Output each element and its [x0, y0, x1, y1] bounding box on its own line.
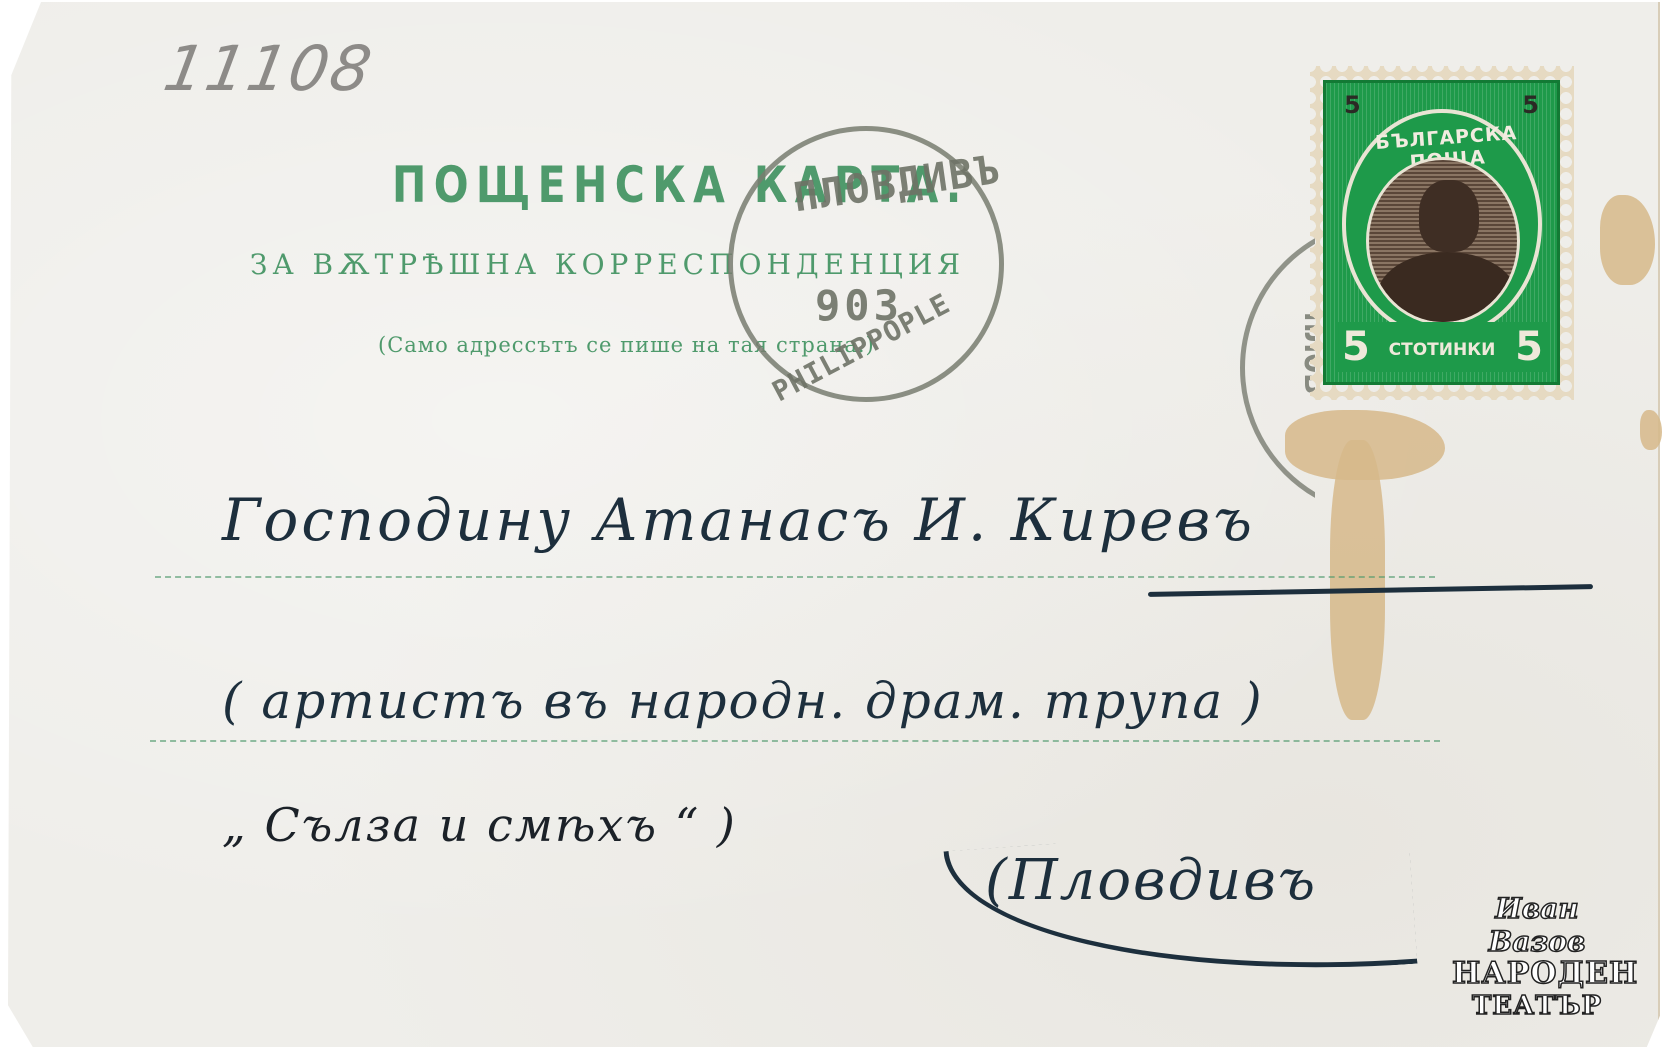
stamp-portrait	[1366, 157, 1520, 325]
archive-number: 11108	[159, 32, 379, 105]
stamp-corner-value-left: 5	[1344, 91, 1361, 119]
postmark-plovdiv: ПЛОВДИВЪ 903 PHILIPPOPLE	[728, 126, 1004, 402]
addressee-name: Господину Атанасъ И. Киревъ	[222, 486, 1255, 554]
logo-line-1: НАРОДЕН	[1452, 958, 1622, 990]
logo-line-2: ТЕАТЪР	[1452, 990, 1622, 1022]
stain	[1330, 440, 1385, 720]
stamp-denomination: СТОТИНКИ	[1382, 340, 1502, 360]
portrait-body	[1377, 252, 1517, 325]
address-line-1	[155, 576, 1435, 578]
postage-stamp: 5 5 БЪЛГАРСКА ПОЩА 5 СТОТИНКИ 5	[1323, 80, 1560, 385]
addressee-city: (Пловдивъ	[985, 848, 1317, 913]
stamp-corner-value-right: 5	[1522, 91, 1539, 119]
portrait-head	[1419, 180, 1479, 252]
addressee-occupation: ( артистъ въ народн. драм. трупа )	[222, 672, 1264, 730]
address-line-2	[150, 740, 1440, 742]
addressee-troupe: „ Сълза и смѣхъ “ )	[222, 798, 737, 852]
stamp-value-left: 5	[1342, 324, 1370, 370]
logo-script: Иван Вазов	[1452, 892, 1622, 958]
postmark-top-text: ПЛОВДИВЪ	[791, 147, 1004, 222]
stamp-value-right: 5	[1515, 324, 1543, 370]
national-theatre-logo: Иван Вазов НАРОДЕН ТЕАТЪР	[1452, 892, 1622, 1022]
stain	[1640, 410, 1662, 450]
